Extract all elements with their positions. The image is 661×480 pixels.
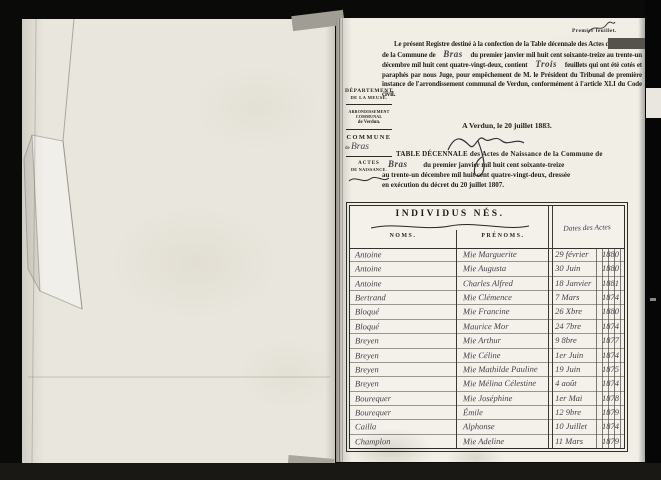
row-prenom: Mie Clémence: [454, 291, 551, 305]
row-nom: Breyen: [350, 348, 454, 362]
row-prenom: Émile: [454, 406, 551, 420]
table-row: Bourequer Mie Joséphine 1er Mai 1878: [350, 392, 624, 406]
row-date-year: 1878: [602, 393, 619, 405]
table-row: Bertrand Mie Clémence 7 Mars 1874: [350, 291, 624, 305]
row-nom: Antoine: [350, 276, 454, 290]
row-prenom: Mie Augusta: [454, 262, 551, 276]
row-prenom: Mie Adeline: [454, 434, 551, 448]
column-header-noms: NOMS.: [350, 233, 456, 239]
row-date-year: 1880: [602, 306, 619, 318]
row-date-day-month: 30 Juin: [555, 263, 580, 273]
row-date-day-month: 26 Xbre: [555, 306, 582, 316]
row-date-day-month: 18 Janvier: [555, 278, 591, 288]
decennale-line2-text: du premier janvier mil huit cent soixant…: [423, 161, 564, 169]
arrondissement-label: ARRONDISSEMENT COMMUNAL: [341, 109, 397, 119]
row-prenom: Mie Mathilde Pauline: [454, 363, 551, 377]
scan-artifact-chip: [608, 38, 648, 49]
table-row: Antoine Charles Alfred 18 Janvier 1881: [350, 277, 624, 291]
row-nom: Bloqué: [350, 305, 454, 319]
row-date: 7 Mars 1874: [550, 291, 624, 304]
table-row: Antoine Mie Marguerite 29 février 1880: [350, 248, 624, 262]
decennale-line3: au trente-un décembre mil huit cent quat…: [382, 170, 644, 180]
table-row: Bourequer Émile 12 9bre 1879: [350, 406, 624, 420]
row-prenom: Mie Joséphine: [454, 391, 551, 405]
row-date-day-month: 24 7bre: [555, 321, 581, 331]
commune-name-handwritten-2: Bras: [382, 159, 422, 169]
row-nom: Bertrand: [350, 291, 454, 305]
preamble-paragraph: Le présent Registre destiné à la confect…: [382, 40, 642, 99]
row-date-year: 1874: [602, 292, 619, 304]
row-date-day-month: 12 9bre: [555, 407, 581, 417]
row-prenom: Charles Alfred: [454, 276, 551, 290]
row-date-year: 1880: [602, 249, 619, 261]
commune-name-handwritten: Bras: [437, 49, 469, 59]
feuillets-count-handwritten: Trois: [529, 59, 563, 69]
table-row: Champlon Mie Adeline 11 Mars 1879: [350, 435, 624, 448]
row-nom: Breyen: [350, 377, 454, 391]
row-prenom: Mie Mélina Célestine: [454, 377, 551, 391]
row-date-day-month: 9 8bre: [555, 335, 577, 345]
row-date: 30 Juin 1880: [550, 262, 624, 275]
row-date: 12 9bre 1879: [550, 406, 624, 419]
row-nom: Antoine: [350, 247, 454, 261]
individus-nes-header: INDIVIDUS NÉS.: [350, 209, 550, 219]
row-date: 4 août 1874: [550, 377, 624, 390]
row-nom: Breyen: [350, 334, 454, 348]
table-row: Bloqué Mie Francine 26 Xbre 1880: [350, 305, 624, 319]
commune-label: COMMUNE: [341, 134, 397, 141]
table-header: INDIVIDUS NÉS. NOMS. PRÉNOMS. Dates des …: [350, 206, 624, 249]
column-header-dates: Dates des Actes: [549, 205, 624, 250]
row-date-day-month: 19 Juin: [555, 364, 580, 374]
row-date-year: 1877: [602, 335, 619, 347]
row-nom: Bloqué: [350, 319, 454, 333]
scanned-register-spread: Premier feuillet. Le présent Registre de…: [0, 0, 661, 480]
left-blank-page: [22, 19, 335, 463]
row-date-day-month: 10 Juillet: [555, 421, 587, 431]
binding-edge-line-2: [342, 18, 343, 462]
scan-bottom-border: [0, 463, 661, 480]
paraph-squiggle-icon: [586, 20, 616, 36]
row-date: 19 Juin 1875: [550, 363, 624, 376]
row-date-year: 1874: [602, 350, 619, 362]
row-nom: Antoine: [350, 262, 454, 276]
page-edge-speck: [650, 298, 656, 301]
row-prenom: Alphonse: [454, 420, 551, 434]
row-date-year: 1880: [602, 263, 619, 275]
row-date: 1er Mai 1878: [550, 392, 624, 405]
decennale-title-paragraph: TABLE DÉCENNALE des Actes de Naissance d…: [382, 149, 644, 190]
row-date-day-month: 7 Mars: [555, 292, 579, 302]
table-body: Antoine Mie Marguerite 29 février 1880 A…: [350, 248, 624, 448]
commune-name-margin-handwritten: Bras: [351, 142, 369, 152]
table-row: Breyen Mie Mathilde Pauline 19 Juin 1875: [350, 363, 624, 377]
row-date: 1er Juin 1874: [550, 349, 624, 362]
table-row: Breyen Mie Céline 1er Juin 1874: [350, 349, 624, 363]
row-nom: Champlon: [350, 434, 454, 448]
row-date-year: 1874: [602, 321, 619, 333]
row-prenom: Mie Céline: [454, 348, 551, 362]
row-date: 26 Xbre 1880: [550, 305, 624, 318]
row-date: 18 Janvier 1881: [550, 277, 624, 290]
table-row: Antoine Mie Augusta 30 Juin 1880: [350, 262, 624, 276]
row-date-year: 1874: [602, 378, 619, 390]
table-row: Breyen Mie Arthur 9 8bre 1877: [350, 334, 624, 348]
row-date-day-month: 11 Mars: [555, 436, 583, 446]
row-date: 29 février 1880: [550, 248, 624, 261]
row-date-day-month: 29 février: [555, 249, 588, 259]
row-date-year: 1881: [602, 278, 619, 290]
column-header-prenoms: PRÉNOMS.: [456, 233, 550, 239]
left-page-creases: [22, 19, 335, 463]
page-edge-tab: [646, 88, 661, 118]
decennale-line2: Bras du premier janvier mil huit cent so…: [382, 159, 644, 170]
right-register-page: Premier feuillet. Le présent Registre de…: [336, 18, 645, 462]
row-prenom: Mie Arthur: [454, 334, 551, 348]
row-date: 10 Juillet 1874: [550, 420, 624, 433]
row-date-day-month: 4 août: [555, 378, 577, 388]
row-date-day-month: 1er Juin: [555, 350, 583, 360]
row-nom: Breyen: [350, 362, 454, 376]
binding-edge-line: [339, 18, 340, 462]
row-date-year: 1874: [602, 421, 619, 433]
row-date-year: 1875: [602, 364, 619, 376]
row-date: 11 Mars 1879: [550, 435, 624, 448]
header-swash-icon: [368, 223, 532, 232]
departement-label: DÉPARTEMENT: [341, 88, 397, 94]
decennale-line4: en exécution du décret du 20 juillet 180…: [382, 180, 644, 190]
table-row: Breyen Mie Mélina Célestine 4 août 1874: [350, 377, 624, 391]
register-table: INDIVIDUS NÉS. NOMS. PRÉNOMS. Dates des …: [349, 205, 625, 449]
margin-rule: [346, 129, 392, 130]
row-date: 9 8bre 1877: [550, 334, 624, 347]
row-date-day-month: 1er Mai: [555, 393, 582, 403]
arrondissement-name: de Verdun.: [341, 120, 397, 125]
row-date-year: 1879: [602, 436, 619, 448]
dateline: A Verdun, le 20 juillet 1883.: [412, 121, 602, 130]
decennale-line1: TABLE DÉCENNALE des Actes de Naissance d…: [382, 149, 644, 159]
table-row: Cailla Alphonse 10 Juillet 1874: [350, 420, 624, 434]
row-prenom: Maurice Mor: [454, 319, 551, 333]
row-prenom: Mie Francine: [454, 305, 551, 319]
commune-de: de: [345, 146, 350, 151]
table-row: Bloqué Maurice Mor 24 7bre 1874: [350, 320, 624, 334]
row-date: 24 7bre 1874: [550, 320, 624, 333]
row-date-year: 1879: [602, 407, 619, 419]
row-prenom: Mie Marguerite: [454, 248, 551, 262]
row-nom: Bourequer: [350, 405, 454, 419]
departement-name: DE LA MEUSE.: [341, 95, 397, 100]
row-nom: Bourequer: [350, 391, 454, 405]
row-nom: Cailla: [350, 420, 454, 434]
margin-rule: [346, 104, 392, 105]
scan-right-border: [645, 0, 661, 480]
